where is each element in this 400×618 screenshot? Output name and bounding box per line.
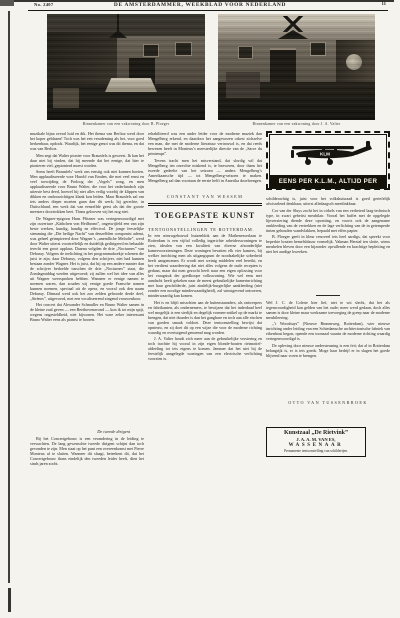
- applied-art-byline: OTTO VAN TUSSENBROEK: [266, 400, 390, 405]
- column-left: muzikale bijna overal luid en dik. Het t…: [30, 131, 144, 490]
- klm-airplane-icon: KLM: [282, 137, 378, 167]
- article-lede: TENTOONSTELLINGEN TE ROTTERDAM.: [148, 227, 262, 232]
- heading-ornament: [197, 222, 213, 223]
- text-divider: [316, 295, 340, 296]
- review-closing-block: Bij het Concertgebouw is een verandering…: [30, 436, 144, 490]
- interior-photo-left: [47, 14, 205, 120]
- scan-bottom-mark: [8, 588, 11, 612]
- newspaper-page: No. 2407 DE AMSTERDAMMER, WEEKBLAD VOOR …: [0, 0, 400, 618]
- rietvink-advertisement: Kunstzaal „De Rietvink” J. A. A. M. VAN …: [266, 427, 366, 458]
- photo-caption-left: Binnenkamer van een vakwoning door B. Pl…: [47, 122, 205, 126]
- photo-halftone-grain: [47, 14, 205, 120]
- paragraph: De Wagner-epigoon Hans Pfitzner was vert…: [30, 216, 144, 301]
- header-rule: [28, 10, 388, 11]
- interior-photo-right: [218, 14, 375, 120]
- review-subhead-italic: De tweede dirigent: [30, 429, 144, 434]
- paragraph: Cor van der Sluys zocht het in cirkels v…: [266, 208, 390, 233]
- paragraph: schilderachtig is, juist voor het volksh…: [266, 196, 390, 206]
- applied-art-body: In een nieuwgebouwd huizenblok aan de Ma…: [148, 233, 262, 471]
- review-continuation: rehabiliteerd was een ander leider voor …: [148, 131, 262, 191]
- scan-edge-left: [8, 11, 10, 583]
- paragraph: „’t Woonhuys” (Nieuwe Binnenweg, Rotterd…: [266, 321, 390, 341]
- paragraph: De opleving door nieuwe ondersteuning is…: [266, 343, 390, 358]
- paragraph: muzikale bijna overal luid en dik. Het t…: [30, 131, 144, 151]
- paragraph: J. A. Valter houdt zich meer aan de gebr…: [148, 336, 262, 361]
- page-number: 11: [381, 2, 386, 7]
- applied-art-col3-second: Wel J. C. de Colerie hier lief, niet te …: [266, 300, 390, 397]
- photo-caption-right: Binnenkamer van een vakwoning door J. A.…: [218, 122, 375, 126]
- rietvink-gallery-name: Kunstzaal „De Rietvink”: [269, 430, 363, 437]
- review-body: muzikale bijna overal luid en dik. Het t…: [30, 131, 144, 427]
- section-heading: TOEGEPASTE KUNST: [148, 211, 262, 220]
- paragraph: Men zegt dat Walter pionier voor Braunfe…: [30, 153, 144, 168]
- paragraph: In een nieuwgebouwd huizenblok aan de Ma…: [148, 233, 262, 298]
- paragraph: Het concert dat Alexander Schmuller en B…: [30, 302, 144, 322]
- section-divider-rule: [148, 203, 262, 206]
- column-middle: rehabiliteerd was een ander leider voor …: [148, 131, 262, 471]
- svg-text:KLM: KLM: [320, 152, 330, 157]
- paragraph: Soms heeft Braunfels’ werk ons ernstig o…: [30, 169, 144, 214]
- review-byline: CONSTANT VAN WESSEM: [148, 194, 262, 199]
- paragraph: rehabiliteerd was een ander leider voor …: [148, 131, 262, 156]
- klm-advertisement: KLM EENS PER K.L.M., ALTIJD PER K.L.M.!: [266, 131, 390, 190]
- paragraph: Bij het Concertgebouw is een verandering…: [30, 436, 144, 466]
- paragraph: Wel J. C. de Colerie hier lief, niet te …: [266, 300, 390, 320]
- klm-ad-frame: KLM EENS PER K.L.M., ALTIJD PER K.L.M.!: [269, 134, 387, 189]
- applied-art-col3-first: schilderachtig is, juist voor het volksh…: [266, 196, 390, 292]
- column-right: KLM EENS PER K.L.M., ALTIJD PER K.L.M.! …: [266, 131, 390, 457]
- klm-slogan-banner: EENS PER K.L.M., ALTIJD PER K.L.M.!: [270, 175, 386, 188]
- paragraph: Tevens tracht men het misverstand, dat s…: [148, 158, 262, 183]
- rietvink-tagline: Permanente tentoonstelling van schilderi…: [269, 449, 363, 454]
- masthead-title: DE AMSTERDAMMER, WEEKBLAD VOOR NEDERLAND: [0, 2, 400, 8]
- photo-halftone-grain: [218, 14, 375, 120]
- paragraph: Het is en blijft misschien aan de buiten…: [148, 300, 262, 335]
- paragraph: B. Ploeger geeft in kleur renoveel iets …: [266, 234, 390, 254]
